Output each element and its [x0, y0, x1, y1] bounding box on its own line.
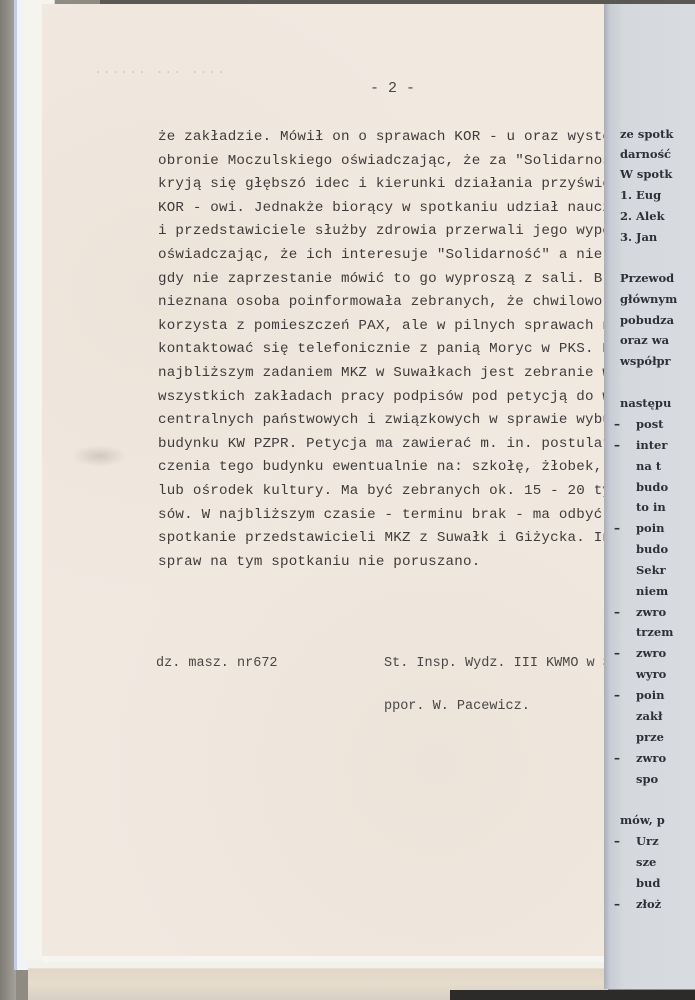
- adjacent-page-text: Urz: [636, 834, 695, 848]
- adjacent-page-text: mów, p: [620, 813, 695, 827]
- adjacent-page-text: sze: [636, 855, 695, 869]
- page-number: - 2 -: [370, 80, 415, 97]
- adjacent-page-text: inter: [636, 438, 695, 452]
- text-line: nieznana osoba poinformowała zebranych, …: [158, 291, 604, 315]
- text-line: lub ośrodek kultury. Ma być zebranych ok…: [158, 480, 604, 504]
- bullet-dash-icon: –: [614, 521, 620, 535]
- text-line: kryją się głębszó idec i kierunki działa…: [158, 173, 604, 197]
- adjacent-page-text: Sekr: [636, 563, 695, 577]
- bullet-dash-icon: –: [614, 417, 620, 431]
- bullet-dash-icon: –: [614, 688, 620, 702]
- bullet-dash-icon: –: [614, 751, 620, 765]
- text-line: korzysta z pomieszczeń PAX, ale w pilnyc…: [158, 315, 604, 339]
- adjacent-page-edge: ze spotkdarnośćW spotk1. Eug2. Alek3. Ja…: [604, 4, 695, 989]
- adjacent-page-text: zwro: [636, 605, 695, 619]
- text-line: obronie Moczulskiego oświadczając, że za…: [158, 150, 604, 174]
- adjacent-page-text: następu: [620, 396, 695, 410]
- adjacent-page-text: bud: [636, 876, 695, 890]
- adjacent-page-text: współpr: [620, 354, 695, 368]
- ink-smudge: [72, 445, 127, 467]
- faint-bleed-through-header: ...... ... ....: [94, 62, 384, 74]
- adjacent-page-text: 2. Alek: [620, 209, 695, 223]
- bullet-dash-icon: –: [614, 605, 620, 619]
- text-line: oświadczając, że ich interesuje "Solidar…: [158, 244, 604, 268]
- text-line: spraw na tym spotkaniu nie poruszano.: [158, 551, 604, 575]
- text-line: i przedstawiciele służby zdrowia przerwa…: [158, 220, 604, 244]
- typist-reference: dz. masz. nr672: [156, 656, 278, 671]
- bullet-dash-icon: –: [614, 834, 620, 848]
- text-line: spotkanie przedstawicieli MKZ z Suwałk i…: [158, 527, 604, 551]
- adjacent-page-text: zakł: [636, 709, 695, 723]
- adjacent-page-text: oraz wa: [620, 333, 695, 347]
- adjacent-page-text: na t: [636, 459, 695, 473]
- adjacent-page-text: Przewod: [620, 271, 695, 285]
- adjacent-page-text: 1. Eug: [620, 188, 695, 202]
- text-line: budynku KW PZPR. Petycja ma zawierać m. …: [158, 433, 604, 457]
- text-line: wszystkich zakładach pracy podpisów pod …: [158, 386, 604, 410]
- adjacent-page-text: to in: [636, 500, 695, 514]
- adjacent-page-text: niem: [636, 584, 695, 598]
- text-line: centralnych państwowych i związkowych w …: [158, 409, 604, 433]
- typed-body-text: że zakładzie. Mówił on o sprawach KOR - …: [158, 126, 604, 574]
- adjacent-page-text: złoż: [636, 897, 695, 911]
- bullet-dash-icon: –: [614, 897, 620, 911]
- adjacent-page-text: wyro: [636, 667, 695, 681]
- text-line: kontaktować się telefonicznie z panią Mo…: [158, 338, 604, 362]
- adjacent-page-text: zwro: [636, 751, 695, 765]
- adjacent-page-text: 3. Jan: [620, 230, 695, 244]
- adjacent-page-text: post: [636, 417, 695, 431]
- adjacent-page-text: głównym: [620, 292, 695, 306]
- bullet-dash-icon: –: [614, 438, 620, 452]
- signature-title: St. Insp. Wydz. III KWMO w S: [384, 656, 604, 671]
- adjacent-page-text: prze: [636, 730, 695, 744]
- text-line: najbliższym zadaniem MKZ w Suwałkach jes…: [158, 362, 604, 386]
- text-line: że zakładzie. Mówił on o sprawach KOR - …: [158, 126, 604, 150]
- adjacent-page-text: budo: [636, 542, 695, 556]
- adjacent-page-text: budo: [636, 480, 695, 494]
- adjacent-page-text: spo: [636, 772, 695, 786]
- adjacent-page-text: pobudza: [620, 313, 695, 327]
- adjacent-page-text: poin: [636, 688, 695, 702]
- bullet-dash-icon: –: [614, 646, 620, 660]
- text-line: sów. W najbliższym czasie - terminu brak…: [158, 504, 604, 528]
- adjacent-page-text: ze spotk: [620, 127, 695, 141]
- signature-name: ppor. W. Pacewicz.: [384, 699, 530, 714]
- adjacent-page-text: trzem: [636, 625, 695, 639]
- adjacent-page-text: W spotk: [620, 167, 695, 181]
- adjacent-page-text: zwro: [636, 646, 695, 660]
- adjacent-page-text: darność: [620, 147, 695, 161]
- text-line: gdy nie zaprzestanie mówić to go wyprosz…: [158, 268, 604, 292]
- text-line: czenia tego budynku ewentualnie na: szko…: [158, 456, 604, 480]
- bottom-shadow: [450, 990, 695, 1000]
- text-line: KOR - owi. Jednakże biorący w spotkaniu …: [158, 197, 604, 221]
- adjacent-page-text: poin: [636, 521, 695, 535]
